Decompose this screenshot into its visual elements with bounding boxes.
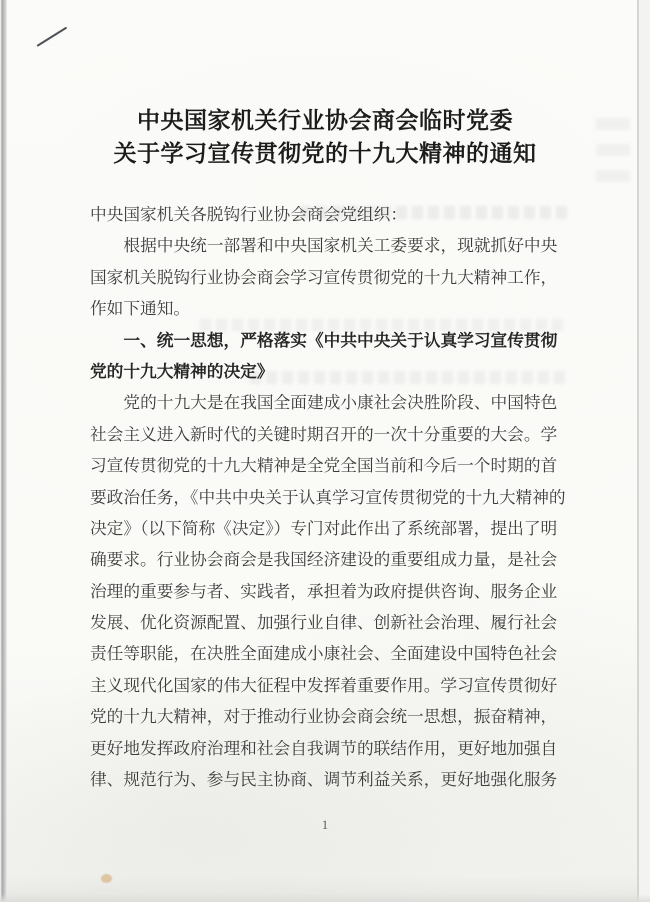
document-title: 中央国家机关行业协会商会临时党委 关于学习宣传贯彻党的十九大精神的通知	[60, 104, 590, 170]
title-line-2: 关于学习宣传贯彻党的十九大精神的通知	[60, 137, 590, 170]
body-text-line: 确要求。行业协会商会是我国经济建设的重要组成力量，是社会	[90, 544, 565, 575]
body-text-line: 决定》（以下简称《决定》）专门对此作出了系统部署，提出了明	[90, 513, 565, 544]
title-line-1: 中央国家机关行业协会商会临时党委	[60, 104, 590, 137]
bleed-through-smudge	[596, 118, 630, 188]
body-text-line: 作如下通知。	[90, 293, 565, 324]
body-text-line: 根据中央统一部署和中央国家机关工委要求，现就抓好中央	[90, 230, 565, 261]
body-text-line: 治理的重要参与者、实践者，承担着为政府提供咨询、服务企业	[90, 576, 565, 607]
scan-edge-left	[0, 0, 7, 902]
pen-mark	[36, 27, 67, 47]
body-text-line: 责任等职能，在决胜全面建成小康社会、全面建设中国特色社会	[90, 638, 565, 669]
scan-edge-right-area	[639, 0, 650, 902]
body-text-line: 主义现代化国家的伟大征程中发挥着重要作用。学习宣传贯彻好	[90, 670, 565, 701]
section-heading-line: 党的十九大精神的决定》	[90, 356, 565, 387]
body-text-line: 党的十九大是在我国全面建成小康社会决胜阶段、中国特色	[90, 387, 565, 418]
stain-spot	[101, 874, 112, 883]
body-text-line: 习宣传贯彻党的十九大精神是全党全国当前和今后一个时期的首	[90, 450, 565, 481]
page-number: 1	[0, 818, 650, 833]
body-text-line: 党的十九大精神，对于推动行业协会商会统一思想，振奋精神，	[90, 701, 565, 732]
body-text-line: 中央国家机关各脱钩行业协会商会党组织：	[90, 199, 565, 230]
body-text-line: 更好地发挥政府治理和社会自我调节的联结作用，更好地加强自	[90, 733, 565, 764]
body-text-line: 国家机关脱钩行业协会商会学习宣传贯彻党的十九大精神工作，	[90, 262, 565, 293]
section-heading-line: 一、统一思想，严格落实《中共中央关于认真学习宣传贯彻	[90, 325, 565, 356]
body-text-line: 要政治任务，《中共中央关于认真学习宣传贯彻党的十九大精神的	[90, 482, 565, 513]
body-text-line: 发展、优化资源配置、加强行业自律、创新社会治理、履行社会	[90, 607, 565, 638]
scanned-document-page: 中央国家机关行业协会商会临时党委 关于学习宣传贯彻党的十九大精神的通知 中央国家…	[0, 0, 650, 902]
body-text-line: 社会主义进入新时代的关键时期召开的一次十分重要的大会。学	[90, 419, 565, 450]
scan-edge-bottom	[0, 894, 650, 902]
body-text-line: 律、规范行为、参与民主协商、调节利益关系，更好地强化服务	[90, 764, 565, 795]
body-lines: 中央国家机关各脱钩行业协会商会党组织：根据中央统一部署和中央国家机关工委要求，现…	[90, 199, 565, 795]
